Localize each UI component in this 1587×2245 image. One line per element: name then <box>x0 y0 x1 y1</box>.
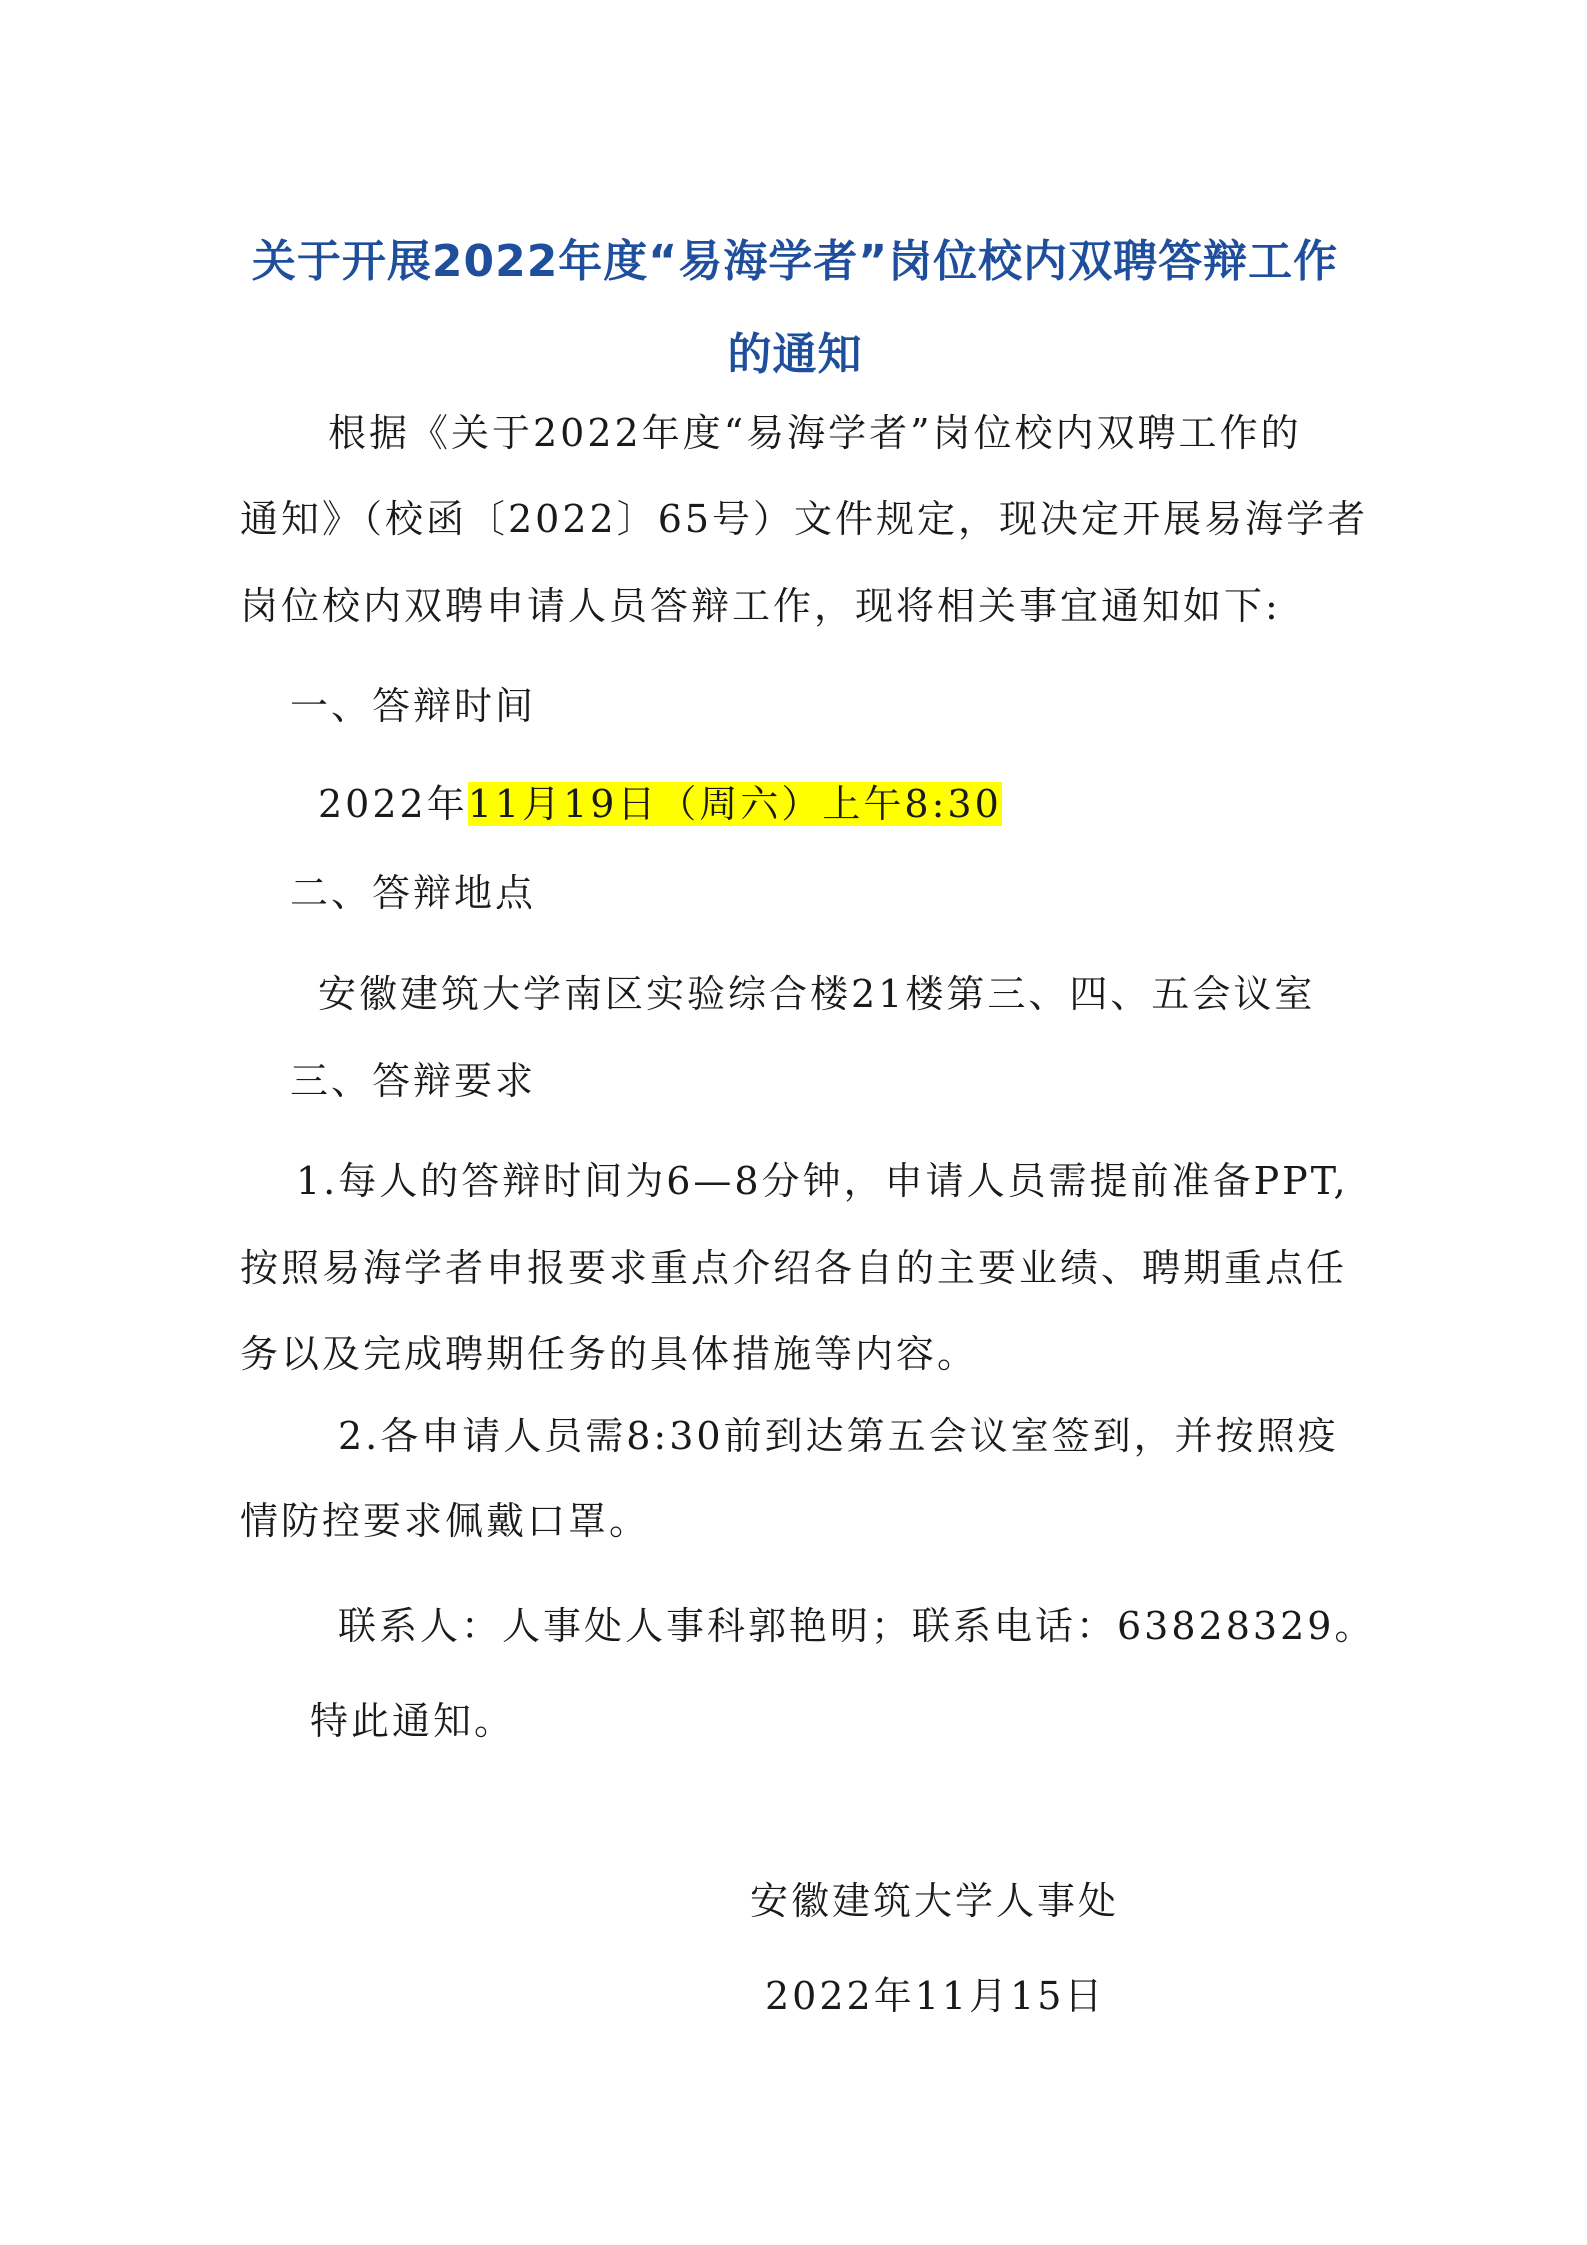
document-title-line-2: 的通知 <box>240 318 1350 382</box>
defense-time-prefix: 2022年 <box>318 782 468 826</box>
requirement-2-line-2: 情防控要求佩戴口罩。 <box>240 1490 650 1545</box>
section-3-heading: 三、答辩要求 <box>290 1050 536 1105</box>
document-page: 关于开展2022年度“易海学者”岗位校内双聘答辩工作 的通知 根据《关于2022… <box>0 0 1587 2245</box>
intro-line-2: 通知》（校函〔2022〕65号）文件规定，现决定开展易海学者 <box>240 488 1368 543</box>
defense-location: 安徽建筑大学南区实验综合楼21楼第三、四、五会议室 <box>318 963 1315 1018</box>
signature-date: 2022年11月15日 <box>765 1965 1105 2020</box>
defense-time: 2022年11月19日（周六）上午8:30 <box>318 773 1002 828</box>
signature-org: 安徽建筑大学人事处 <box>750 1870 1119 1925</box>
defense-time-highlight: 11月19日（周六）上午8:30 <box>468 782 1002 826</box>
intro-line-1: 根据《关于2022年度“易海学者”岗位校内双聘工作的 <box>328 402 1302 457</box>
requirement-2-line-1: 2.各申请人员需8:30前到达第五会议室签到，并按照疫 <box>338 1405 1339 1460</box>
requirement-1-line-3: 务以及完成聘期任务的具体措施等内容。 <box>240 1323 978 1378</box>
document-title-line-1: 关于开展2022年度“易海学者”岗位校内双聘答辩工作 <box>240 225 1350 289</box>
closing-remark: 特此通知。 <box>310 1690 515 1745</box>
contact-info: 联系人：人事处人事科郭艳明；联系电话：63828329。 <box>338 1595 1375 1650</box>
section-1-heading: 一、答辩时间 <box>290 675 536 730</box>
section-2-heading: 二、答辩地点 <box>290 862 536 917</box>
requirement-1-line-2: 按照易海学者申报要求重点介绍各自的主要业绩、聘期重点任 <box>240 1237 1347 1292</box>
requirement-1-line-1: 1.每人的答辩时间为6—8分钟，申请人员需提前准备PPT, <box>296 1150 1349 1205</box>
intro-line-3: 岗位校内双聘申请人员答辩工作，现将相关事宜通知如下: <box>240 575 1281 630</box>
